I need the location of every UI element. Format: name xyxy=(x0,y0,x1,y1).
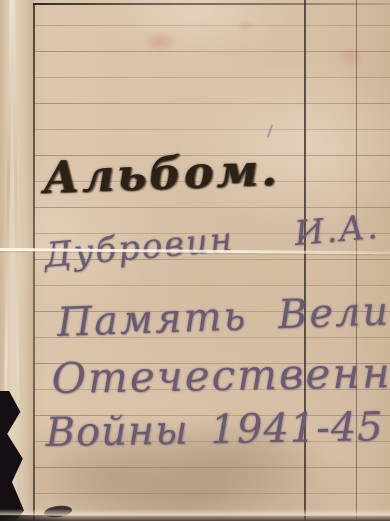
dedication-line-2: Отечественной xyxy=(51,347,390,403)
ruled-line xyxy=(34,467,390,468)
dedication-line-3: Войны 1941-45 гг. xyxy=(45,403,390,456)
album-cover-photo: Альбом. Дубровин И.А. Память Великой Оте… xyxy=(0,0,390,521)
ruled-line xyxy=(34,285,390,286)
top-rule-line xyxy=(33,3,390,5)
owner-name-handwriting: Дубровин И.А. xyxy=(43,207,381,276)
ruled-line xyxy=(34,129,390,130)
ruled-line xyxy=(34,77,390,78)
album-title-handwriting: Альбом. xyxy=(42,145,280,204)
left-margin-line xyxy=(33,3,35,521)
ruled-line xyxy=(34,25,390,26)
pencil-smudge-mark xyxy=(267,124,273,138)
ruled-line xyxy=(34,103,390,104)
ruled-line xyxy=(34,493,390,494)
photo-bottom-edge-shadow xyxy=(0,515,390,521)
ruled-line xyxy=(34,51,390,52)
ruled-line xyxy=(34,207,390,208)
